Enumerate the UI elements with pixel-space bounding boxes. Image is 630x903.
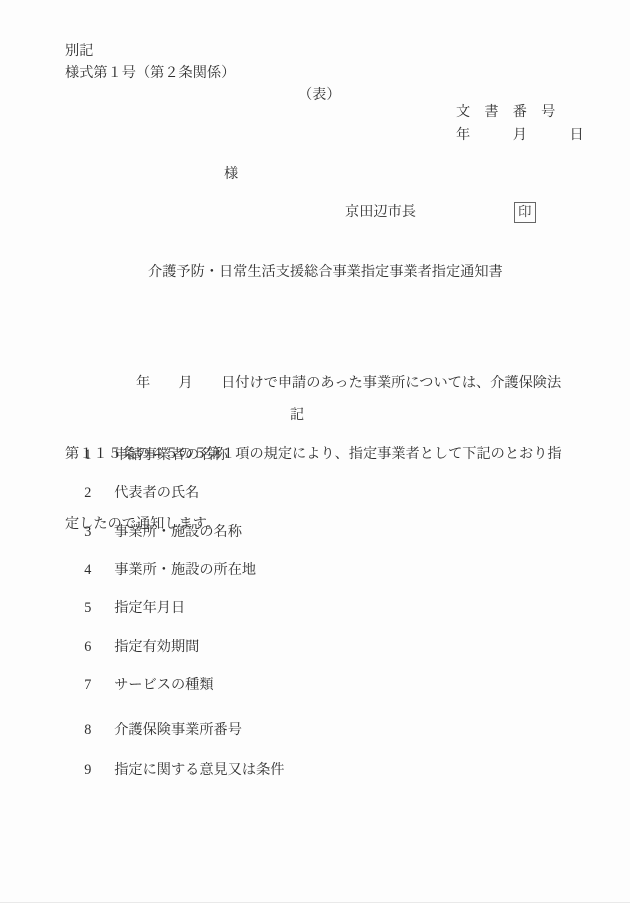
list-item-label: 介護保険事業所番号 — [114, 722, 242, 738]
document-number-label: 文 書 番 号 — [456, 104, 555, 121]
list-item-number: 8 — [84, 722, 114, 739]
list-item-number: 1 — [84, 447, 114, 464]
list-item: 7サービスの種類 — [70, 660, 214, 711]
list-item-number: 6 — [84, 639, 114, 656]
list-item-label: 指定年月日 — [114, 600, 185, 616]
document-title: 介護予防・日常生活支援総合事業指定事業者指定通知書 — [148, 264, 503, 281]
list-item-label: 代表者の氏名 — [114, 485, 199, 501]
list-item: 9指定に関する意見又は条件 — [70, 745, 284, 796]
body-line: 年 月 日付けで申請のあった事業所については、介護保険法 — [65, 372, 562, 396]
document-date-label: 年 月 日 — [456, 127, 584, 144]
list-item-label: サービスの種類 — [114, 677, 213, 693]
list-item-label: 指定有効期間 — [114, 639, 199, 655]
list-item-label: 申請事業者の名称 — [114, 447, 228, 463]
list-heading: 記 — [290, 407, 304, 424]
annotation-label: 別記 — [65, 43, 93, 60]
page-side-marker: （表） — [298, 87, 341, 104]
list-item-number: 7 — [84, 677, 114, 694]
list-item-label: 指定に関する意見又は条件 — [114, 762, 284, 778]
list-item-number: 9 — [84, 762, 114, 779]
document-page: 別記 様式第１号（第２条関係） （表） 文 書 番 号 年 月 日 様 京田辺市… — [0, 0, 630, 903]
list-item-label: 事業所・施設の名称 — [114, 524, 242, 540]
list-item-number: 4 — [84, 562, 114, 579]
list-item-number: 3 — [84, 524, 114, 541]
sender-name: 京田辺市長 — [345, 204, 416, 221]
list-item-label: 事業所・施設の所在地 — [114, 562, 256, 578]
seal-stamp: 印 — [514, 202, 536, 223]
list-item-number: 5 — [84, 600, 114, 617]
recipient-honorific: 様 — [224, 166, 238, 183]
form-number-label: 様式第１号（第２条関係） — [65, 65, 235, 82]
list-item-number: 2 — [84, 485, 114, 502]
